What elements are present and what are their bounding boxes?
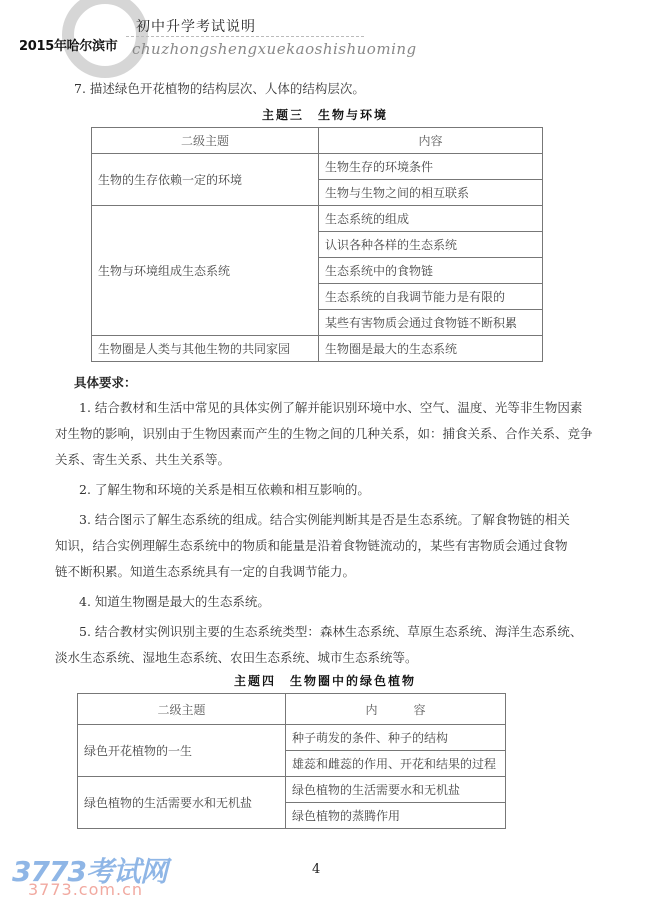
column-header: 内 容 [286, 694, 506, 725]
content-cell: 种子萌发的条件、种子的结构 [286, 725, 506, 751]
subtopic-cell: 生物圈是人类与其他生物的共同家园 [92, 336, 319, 362]
table-row: 绿色开花植物的一生 种子萌发的条件、种子的结构 [78, 725, 506, 751]
column-header: 二级主题 [92, 128, 319, 154]
requirement-line: 3. 结合图示了解生态系统的组成。结合实例能判断其是否是生态系统。了解食物链的相… [55, 507, 600, 533]
requirement-line: 2. 了解生物和环境的关系是相互依赖和相互影响的。 [55, 477, 600, 503]
requirement-line: 4. 知道生物圈是最大的生态系统。 [55, 589, 600, 615]
subtopic-cell: 生物与环境组成生态系统 [92, 206, 319, 336]
header-city: 2015年哈尔滨市 [19, 35, 117, 54]
table-header-row: 二级主题 内容 [92, 128, 543, 154]
content-cell: 认识各种各样的生态系统 [319, 232, 543, 258]
requirement-line: 5. 结合教材实例识别主要的生态系统类型：森林生态系统、草原生态系统、海洋生态系… [55, 619, 600, 645]
requirements-heading: 具体要求： [74, 373, 137, 391]
content-cell: 生物与生物之间的相互联系 [319, 180, 543, 206]
column-header: 二级主题 [78, 694, 286, 725]
table-row: 生物圈是人类与其他生物的共同家园 生物圈是最大的生态系统 [92, 336, 543, 362]
requirement-line: 链不断积累。知道生态系统具有一定的自我调节能力。 [55, 559, 600, 585]
header-divider [126, 36, 364, 37]
content-cell: 生态系统的组成 [319, 206, 543, 232]
content-cell: 生态系统的自我调节能力是有限的 [319, 284, 543, 310]
header-pinyin: chuzhongshengxuekaoshishuoming [132, 40, 417, 58]
table-row: 绿色植物的生活需要水和无机盐 绿色植物的生活需要水和无机盐 [78, 777, 506, 803]
topic4-title: 主题四 生物圈中的绿色植物 [0, 672, 650, 689]
content-cell: 生物圈是最大的生态系统 [319, 336, 543, 362]
topic3-title: 主题三 生物与环境 [0, 106, 650, 123]
subtopic-cell: 生物的生存依赖一定的环境 [92, 154, 319, 206]
content-cell: 某些有害物质会通过食物链不断积累 [319, 310, 543, 336]
topic3-table: 二级主题 内容 生物的生存依赖一定的环境 生物生存的环境条件 生物与生物之间的相… [91, 127, 543, 362]
subtopic-cell: 绿色开花植物的一生 [78, 725, 286, 777]
requirement-line: 对生物的影响，识别由于生物因素而产生的生物之间的几种关系，如：捕食关系、合作关系… [55, 421, 600, 447]
column-header: 内容 [319, 128, 543, 154]
content-cell: 生物生存的环境条件 [319, 154, 543, 180]
header-title: 初中升学考试说明 [136, 16, 256, 36]
page-number: 4 [312, 862, 320, 877]
table-header-row: 二级主题 内 容 [78, 694, 506, 725]
content-cell: 生态系统中的食物链 [319, 258, 543, 284]
content-cell: 雄蕊和雌蕊的作用、开花和结果的过程 [286, 751, 506, 777]
requirement-line: 1. 结合教材和生活中常见的具体实例了解并能识别环境中水、空气、温度、光等非生物… [55, 395, 600, 421]
content-cell: 绿色植物的生活需要水和无机盐 [286, 777, 506, 803]
table-row: 生物的生存依赖一定的环境 生物生存的环境条件 [92, 154, 543, 180]
table-row: 生物与环境组成生态系统 生态系统的组成 [92, 206, 543, 232]
requirement-line: 知识，结合实例理解生态系统中的物质和能量是沿着食物链流动的，某些有害物质会通过食… [55, 533, 600, 559]
requirement-line: 淡水生态系统、湿地生态系统、农田生态系统、城市生态系统等。 [55, 645, 600, 671]
subtopic-cell: 绿色植物的生活需要水和无机盐 [78, 777, 286, 829]
topic4-table: 二级主题 内 容 绿色开花植物的一生 种子萌发的条件、种子的结构 雄蕊和雌蕊的作… [77, 693, 506, 829]
requirements-body: 1. 结合教材和生活中常见的具体实例了解并能识别环境中水、空气、温度、光等非生物… [55, 395, 600, 671]
watermark-url: 3773.com.cn [28, 880, 143, 899]
intro-item: 7. 描述绿色开花植物的结构层次、人体的结构层次。 [74, 76, 365, 102]
content-cell: 绿色植物的蒸腾作用 [286, 803, 506, 829]
requirement-line: 关系、寄生关系、共生关系等。 [55, 447, 600, 473]
